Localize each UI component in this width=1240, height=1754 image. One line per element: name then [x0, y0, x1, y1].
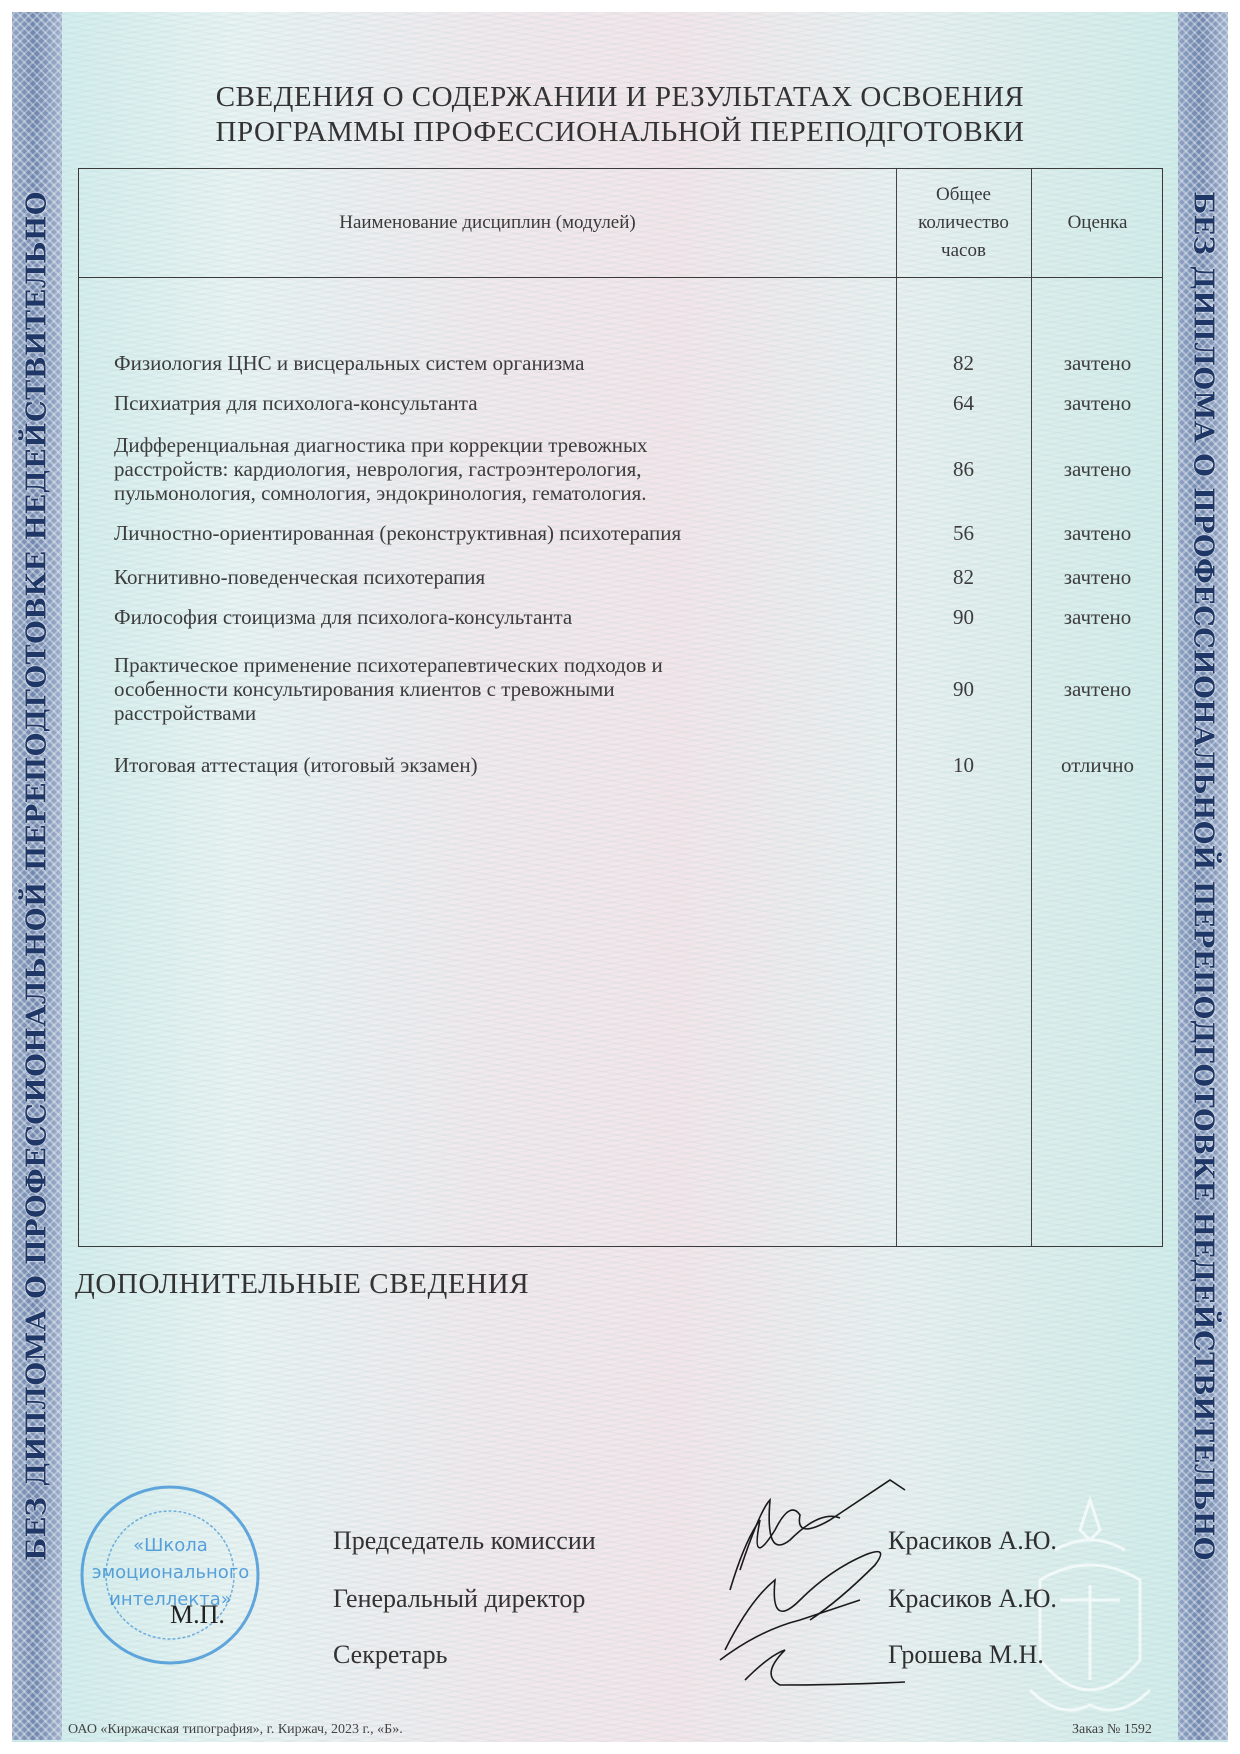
discipline-name: Физиология ЦНС и висцеральных систем орг…	[114, 351, 854, 375]
discipline-hours: 82	[896, 565, 1031, 589]
discipline-name: Когнитивно-поведенческая психотерапия	[114, 565, 854, 589]
discipline-name-line: особенности консультирования клиентов с …	[114, 677, 854, 701]
header-hours-line-3: часов	[941, 237, 986, 265]
name-general-director: Красиков А.Ю.	[888, 1584, 1057, 1614]
discipline-name: Дифференциальная диагностика при коррекц…	[114, 433, 854, 505]
discipline-grade: зачтено	[1031, 391, 1164, 415]
header-divider	[79, 277, 1162, 278]
discipline-name-line: расстройствами	[114, 701, 854, 725]
discipline-hours: 82	[896, 351, 1031, 375]
discipline-name: Практическое применение психотерапевтиче…	[114, 653, 854, 725]
header-grade: Оценка	[1031, 169, 1164, 277]
discipline-grade: зачтено	[1031, 605, 1164, 629]
column-divider-grade	[1031, 169, 1032, 1246]
discipline-grade: зачтено	[1031, 565, 1164, 589]
discipline-name-line: Когнитивно-поведенческая психотерапия	[114, 565, 854, 589]
discipline-grade: зачтено	[1031, 351, 1164, 375]
name-secretary: Грошева М.Н.	[888, 1640, 1044, 1670]
discipline-name-line: пульмонология, сомнология, эндокринологи…	[114, 481, 854, 505]
role-general-director: Генеральный директор	[333, 1584, 585, 1614]
additional-info-title: ДОПОЛНИТЕЛЬНЫЕ СВЕДЕНИЯ	[75, 1268, 529, 1301]
discipline-name-line: Физиология ЦНС и висцеральных систем орг…	[114, 351, 854, 375]
discipline-hours: 64	[896, 391, 1031, 415]
discipline-grade: зачтено	[1031, 521, 1164, 545]
column-divider-hours	[896, 169, 897, 1246]
name-commission-chair: Красиков А.Ю.	[888, 1526, 1057, 1556]
disciplines-table: Наименование дисциплин (модулей) Общее к…	[78, 168, 1163, 1247]
discipline-name-line: Философия стоицизма для психолога-консул…	[114, 605, 854, 629]
discipline-name: Личностно-ориентированная (реконструктив…	[114, 521, 854, 545]
discipline-grade: отлично	[1031, 753, 1164, 777]
discipline-name-line: расстройств: кардиология, неврология, га…	[114, 457, 854, 481]
discipline-grade: зачтено	[1031, 457, 1164, 481]
discipline-hours: 90	[896, 677, 1031, 701]
organization-stamp: «Школа эмоционального интеллекта»	[78, 1478, 263, 1673]
discipline-name-line: Дифференциальная диагностика при коррекц…	[114, 433, 854, 457]
discipline-name: Психиатрия для психолога-консультанта	[114, 391, 854, 415]
title-line-1: СВЕДЕНИЯ О СОДЕРЖАНИИ И РЕЗУЛЬТАТАХ ОСВО…	[150, 80, 1090, 115]
right-border-text: БЕЗ ДИПЛОМА О ПРОФЕССИОНАЛЬНОЙ ПЕРЕПОДГО…	[1188, 191, 1219, 1561]
header-hours-line-2: количество	[918, 209, 1009, 237]
header-total-hours: Общее количество часов	[896, 169, 1031, 277]
discipline-hours: 86	[896, 457, 1031, 481]
header-hours-line-1: Общее	[936, 181, 991, 209]
page-title: СВЕДЕНИЯ О СОДЕРЖАНИИ И РЕЗУЛЬТАТАХ ОСВО…	[150, 80, 1090, 150]
order-number: Заказ № 1592	[1072, 1722, 1152, 1738]
discipline-name: Философия стоицизма для психолога-консул…	[114, 605, 854, 629]
discipline-hours: 90	[896, 605, 1031, 629]
discipline-grade: зачтено	[1031, 677, 1164, 701]
right-security-border: БЕЗ ДИПЛОМА О ПРОФЕССИОНАЛЬНОЙ ПЕРЕПОДГО…	[1178, 12, 1228, 1740]
discipline-hours: 56	[896, 521, 1031, 545]
discipline-name-line: Психиатрия для психолога-консультанта	[114, 391, 854, 415]
left-security-border: БЕЗ ДИПЛОМА О ПРОФЕССИОНАЛЬНОЙ ПЕРЕПОДГО…	[12, 12, 62, 1740]
header-discipline-name: Наименование дисциплин (модулей)	[79, 169, 896, 277]
left-border-text: БЕЗ ДИПЛОМА О ПРОФЕССИОНАЛЬНОЙ ПЕРЕПОДГО…	[22, 191, 53, 1561]
stamp-line-2: эмоционального	[78, 1560, 263, 1586]
discipline-hours: 10	[896, 753, 1031, 777]
title-line-2: ПРОГРАММЫ ПРОФЕССИОНАЛЬНОЙ ПЕРЕПОДГОТОВК…	[150, 115, 1090, 150]
discipline-name-line: Итоговая аттестация (итоговый экзамен)	[114, 753, 854, 777]
stamp-line-1: «Школа	[78, 1533, 263, 1559]
discipline-name-line: Личностно-ориентированная (реконструктив…	[114, 521, 854, 545]
role-secretary: Секретарь	[333, 1640, 447, 1670]
role-commission-chair: Председатель комиссии	[333, 1526, 596, 1556]
printer-imprint: ОАО «Киржачская типография», г. Киржач, …	[68, 1722, 403, 1738]
discipline-name: Итоговая аттестация (итоговый экзамен)	[114, 753, 854, 777]
discipline-name-line: Практическое применение психотерапевтиче…	[114, 653, 854, 677]
seal-place-label: М.П.	[170, 1600, 225, 1630]
